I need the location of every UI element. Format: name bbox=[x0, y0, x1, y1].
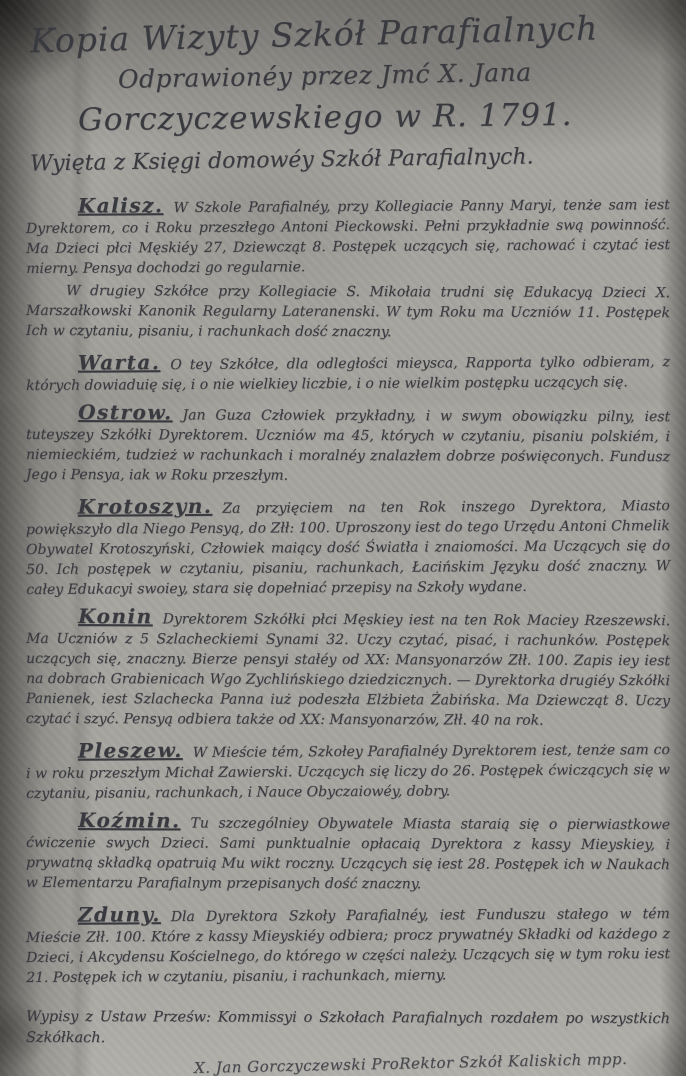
manuscript-photo: Kopia Wizyty Szkół Parafialnych Odprawio… bbox=[0, 0, 686, 1076]
town-heading-ostrow: Ostrow. bbox=[78, 400, 173, 424]
town-heading-konin: Konin bbox=[78, 604, 153, 628]
signature-line: X. Jan Gorczyczewski ProRektor Szkół Kal… bbox=[194, 1049, 670, 1076]
footer-note: Wypisy z Ustaw Prześw: Kommissyi o Szkoł… bbox=[26, 1007, 670, 1051]
section-krotoszyn: Krotoszyn.Za przyięciem na ten Rok insze… bbox=[26, 493, 671, 600]
title-block: Kopia Wizyty Szkół Parafialnych Odprawio… bbox=[26, 12, 670, 180]
section-konin: KoninDyrektorem Szkółki płci Męskiey ies… bbox=[26, 606, 670, 731]
section-text-kalisz-2: W drugiey Szkółce przy Kollegiacie S. Mi… bbox=[26, 283, 670, 340]
town-heading-krotoszyn: Krotoszyn. bbox=[78, 494, 213, 519]
section-pleszew: Pleszew.W Mieście tém, Szkołey Parafialn… bbox=[26, 737, 670, 804]
town-heading-pleszew: Pleszew. bbox=[78, 738, 183, 763]
section-zduny: Zduny.Dla Dyrektora Szkoły Parafialnéy, … bbox=[26, 901, 670, 988]
section-kalisz: Kalisz.W Szkole Parafialnéy, przy Kolleg… bbox=[26, 192, 670, 279]
town-heading-zduny: Zduny. bbox=[78, 902, 161, 927]
town-heading-kalisz: Kalisz. bbox=[78, 193, 164, 218]
town-heading-warta: Warta. bbox=[78, 350, 161, 375]
title-line-3: Gorczyczewskiego w R. 1791. bbox=[78, 91, 670, 143]
section-kozmin: Koźmin.Tu szczególniey Obywatele Miasta … bbox=[26, 810, 670, 895]
manuscript-page: Kopia Wizyty Szkół Parafialnych Odprawio… bbox=[0, 0, 686, 1072]
section-warta: Warta.O tey Szkółce, dla odległości miey… bbox=[26, 349, 670, 396]
section-ostrow: Ostrow.Jan Guza Człowiek przykładny, i w… bbox=[26, 402, 670, 487]
section-kalisz-second-school: W drugiey Szkółce przy Kollegiacie S. Mi… bbox=[26, 281, 670, 343]
section-text-konin: Dyrektorem Szkółki płci Męskiey iest na … bbox=[26, 611, 670, 728]
town-heading-kozmin: Koźmin. bbox=[78, 808, 180, 832]
title-line-4: Wyięta z Księgi domowéy Szkół Parafialny… bbox=[30, 136, 670, 185]
